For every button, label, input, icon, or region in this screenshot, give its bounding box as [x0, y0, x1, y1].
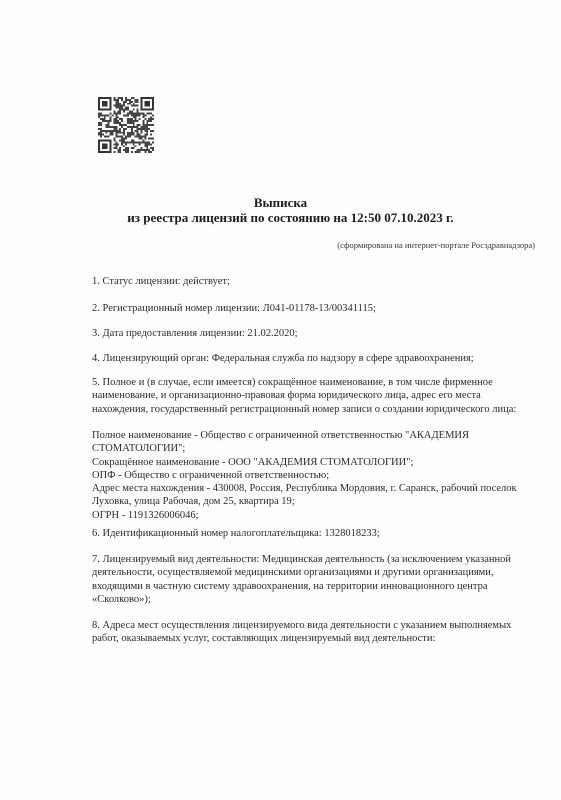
registration-number: 2. Регистрационный номер лицензии: Л041-… [92, 302, 376, 315]
text-line: 8. Адреса мест осуществления лицензируем… [92, 619, 532, 632]
address-cont: Луховка, улица Рабочая, дом 25, квартира… [92, 495, 532, 508]
text-line: наименование, и организационно-правовая … [92, 389, 532, 402]
document-title: Выписка [0, 195, 561, 211]
ogrn: ОГРН - 1191326006046; [92, 509, 532, 522]
full-name: Полное наименование - Общество с огранич… [92, 429, 532, 442]
text-line: «Сколково»); [92, 593, 532, 606]
licensing-authority: 4. Лицензирующий орган: Федеральная служ… [92, 352, 474, 365]
text-line: входящими в частную систему здравоохране… [92, 580, 532, 593]
text-line: 5. Полное и (в случае, если имеется) сок… [92, 376, 532, 389]
text-line: 7. Лицензируемый вид деятельности: Медиц… [92, 553, 532, 566]
name-heading: 5. Полное и (в случае, если имеется) сок… [92, 376, 532, 416]
license-status: 1. Статус лицензии: действует; [92, 275, 230, 288]
licensed-activity: 7. Лицензируемый вид деятельности: Медиц… [92, 553, 532, 606]
source-note: (сформирована на интернет-портале Росздр… [337, 240, 535, 250]
short-name: Сокращённое наименование - ООО "АКАДЕМИЯ… [92, 456, 532, 469]
activity-addresses: 8. Адреса мест осуществления лицензируем… [92, 619, 532, 646]
text-line: работ, оказываемых услуг, составляющих л… [92, 632, 532, 645]
full-name-cont: СТОМАТОЛОГИИ"; [92, 442, 532, 455]
text-line: деятельности, осуществляемой медицинским… [92, 566, 532, 579]
document-subtitle: из реестра лицензий по состоянию на 12:5… [10, 210, 561, 226]
license-date: 3. Дата предоставления лицензии: 21.02.2… [92, 327, 298, 340]
text-line: нахождения, государственный регистрацион… [92, 403, 532, 416]
qr-code-icon [98, 97, 154, 153]
organization-details: Полное наименование - Общество с огранич… [92, 429, 532, 522]
address: Адрес места нахождения - 430008, Россия,… [92, 482, 532, 495]
legal-form: ОПФ - Общество с ограниченной ответствен… [92, 469, 532, 482]
inn: 6. Идентификационный номер налогоплатель… [92, 527, 380, 540]
